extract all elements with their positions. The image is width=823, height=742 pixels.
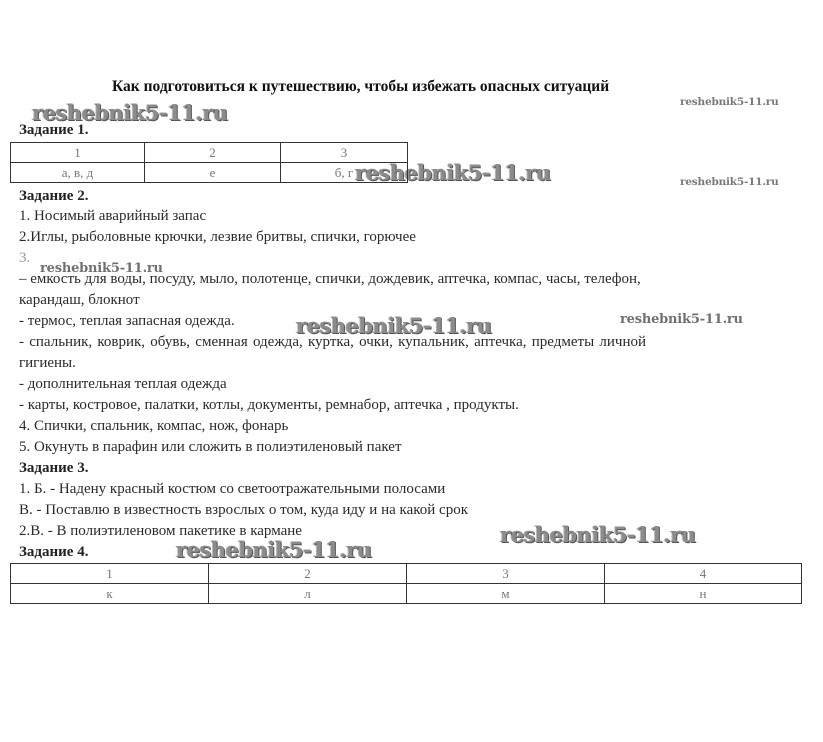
watermark: reshebnik5-11.ru [680, 176, 779, 188]
table-cell: е [145, 163, 281, 183]
table-header-cell: 4 [605, 564, 802, 584]
task1-table: 1 2 3 а, в, д е б, г [10, 142, 408, 183]
task2-line: 2.Иглы, рыболовные крючки, лезвие бритвы… [19, 229, 416, 246]
task2-line: 5. Окунуть в парафин или сложить в полиэ… [19, 439, 402, 456]
table-cell: н [605, 584, 802, 604]
task2-line: - спальник, коврик, обувь, сменная одежд… [19, 334, 646, 351]
task3-line: В. - Поставлю в известность взрослых о т… [19, 502, 468, 519]
table-row: а, в, д е б, г [11, 163, 408, 183]
page-title: Как подготовиться к путешествию, чтобы и… [112, 78, 609, 96]
task3-line: 1. Б. - Надену красный костюм со светоот… [19, 481, 445, 498]
task3-heading: Задание 3. [19, 460, 88, 477]
table-header-cell: 3 [407, 564, 605, 584]
table-header-cell: 2 [209, 564, 407, 584]
table-header-row: 1 2 3 [11, 143, 408, 163]
watermark: reshebnik5-11.ru [680, 96, 779, 108]
task2-line: 4. Спички, спальник, компас, нож, фонарь [19, 418, 288, 435]
table-cell: к [11, 584, 209, 604]
task2-line: 3. [19, 250, 30, 267]
task4-heading: Задание 4. [19, 544, 88, 561]
watermark: reshebnik5-11.ru [620, 312, 743, 327]
table-header-cell: 1 [11, 564, 209, 584]
table-header-cell: 3 [281, 143, 408, 163]
task2-line: - термос, теплая запасная одежда. [19, 313, 235, 330]
task2-line: гигиены. [19, 355, 76, 372]
watermark: reshebnik5-11.ru [500, 522, 696, 547]
table-cell: м [407, 584, 605, 604]
task3-line: 2.В. - В полиэтиленовом пакетике в карма… [19, 523, 302, 540]
task2-heading: Задание 2. [19, 188, 88, 205]
table-cell: б, г [281, 163, 408, 183]
task2-line: карандаш, блокнот [19, 292, 140, 309]
task2-line: – емкость для воды, посуду, мыло, полоте… [19, 271, 641, 288]
table-cell: л [209, 584, 407, 604]
table-row: к л м н [11, 584, 802, 604]
task1-heading: Задание 1. [19, 122, 88, 139]
task2-line: 1. Носимый аварийный запас [19, 208, 206, 225]
table-header-cell: 2 [145, 143, 281, 163]
task2-line: - дополнительная теплая одежда [19, 376, 227, 393]
task4-table: 1 2 3 4 к л м н [10, 563, 802, 604]
table-cell: а, в, д [11, 163, 145, 183]
task2-line: - карты, костровое, палатки, котлы, доку… [19, 397, 519, 414]
table-header-cell: 1 [11, 143, 145, 163]
table-header-row: 1 2 3 4 [11, 564, 802, 584]
watermark: reshebnik5-11.ru [176, 537, 372, 562]
